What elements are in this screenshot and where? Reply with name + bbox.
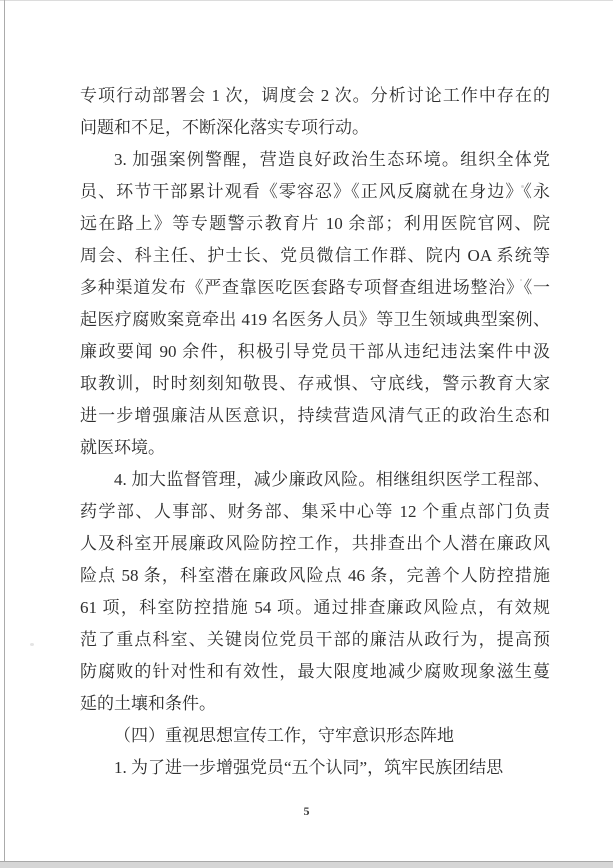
- text-line: 药学部、人事部、财务部、集采中心等 12 个重点部门负责: [80, 496, 550, 528]
- text-line: 问题和不足，不断深化落实专项行动。: [80, 112, 550, 144]
- text-line: 员、环节干部累计观看《零容忍》《正风反腐就在身边》《永: [80, 176, 550, 208]
- text-line: 多种渠道发布《严查靠医吃医套路专项督查组进场整治》《一: [80, 272, 550, 304]
- text-line: 延的土壤和条件。: [80, 688, 550, 720]
- page-left-edge: [4, 0, 5, 862]
- paragraph: 专项行动部署会 1 次，调度会 2 次。分析讨论工作中存在的问题和不足，不断深化…: [80, 80, 550, 144]
- section-heading: （四）重视思想宣传工作，守牢意识形态阵地: [80, 720, 550, 752]
- text-line: 范了重点科室、关键岗位党员干部的廉洁从政行为，提高预: [80, 624, 550, 656]
- text-line: （四）重视思想宣传工作，守牢意识形态阵地: [80, 720, 550, 752]
- text-line: 险点 58 条，科室潜在廉政风险点 46 条，完善个人防控措施: [80, 560, 550, 592]
- text-line: 远在路上》等专题警示教育片 10 余部；利用医院官网、院: [80, 208, 550, 240]
- page-top-edge: [0, 0, 613, 1]
- text-line: 取教训，时时刻刻知敬畏、存戒惧、守底线，警示教育大家: [80, 368, 550, 400]
- document-page: 专项行动部署会 1 次，调度会 2 次。分析讨论工作中存在的问题和不足，不断深化…: [0, 0, 613, 868]
- text-line: 就医环境。: [80, 432, 550, 464]
- text-line: 专项行动部署会 1 次，调度会 2 次。分析讨论工作中存在的: [80, 80, 550, 112]
- text-line: 人及科室开展廉政风险防控工作，共排查出个人潜在廉政风: [80, 528, 550, 560]
- text-line: 4. 加大监督管理，减少廉政风险。相继组织医学工程部、: [80, 464, 550, 496]
- paragraph: 3. 加强案例警醒，营造良好政治生态环境。组织全体党员、环节干部累计观看《零容忍…: [80, 144, 550, 464]
- scan-speck: [30, 643, 34, 646]
- text-line: 周会、科主任、护士长、党员微信工作群、院内 OA 系统等: [80, 240, 550, 272]
- paragraph: 1. 为了进一步增强党员“五个认同”，筑牢民族团结思: [80, 752, 550, 784]
- text-line: 防腐败的针对性和有效性，最大限度地减少腐败现象滋生蔓: [80, 656, 550, 688]
- text-line: 廉政要闻 90 余件，积极引导党员干部从违纪违法案件中汲: [80, 336, 550, 368]
- text-line: 3. 加强案例警醒，营造良好政治生态环境。组织全体党: [80, 144, 550, 176]
- text-line: 进一步增强廉洁从医意识，持续营造风清气正的政治生态和: [80, 400, 550, 432]
- scan-speck: [521, 185, 524, 188]
- scan-speck: [520, 279, 522, 281]
- document-body: 专项行动部署会 1 次，调度会 2 次。分析讨论工作中存在的问题和不足，不断深化…: [80, 80, 550, 784]
- text-line: 起医疗腐败案竟牵出 419 名医务人员》等卫生领域典型案例、: [80, 304, 550, 336]
- page-bottom-edge: [0, 861, 613, 868]
- paragraph: 4. 加大监督管理，减少廉政风险。相继组织医学工程部、药学部、人事部、财务部、集…: [80, 464, 550, 720]
- page-number: 5: [0, 804, 613, 819]
- text-line: 61 项，科室防控措施 54 项。通过排查廉政风险点，有效规: [80, 592, 550, 624]
- text-line: 1. 为了进一步增强党员“五个认同”，筑牢民族团结思: [80, 752, 550, 784]
